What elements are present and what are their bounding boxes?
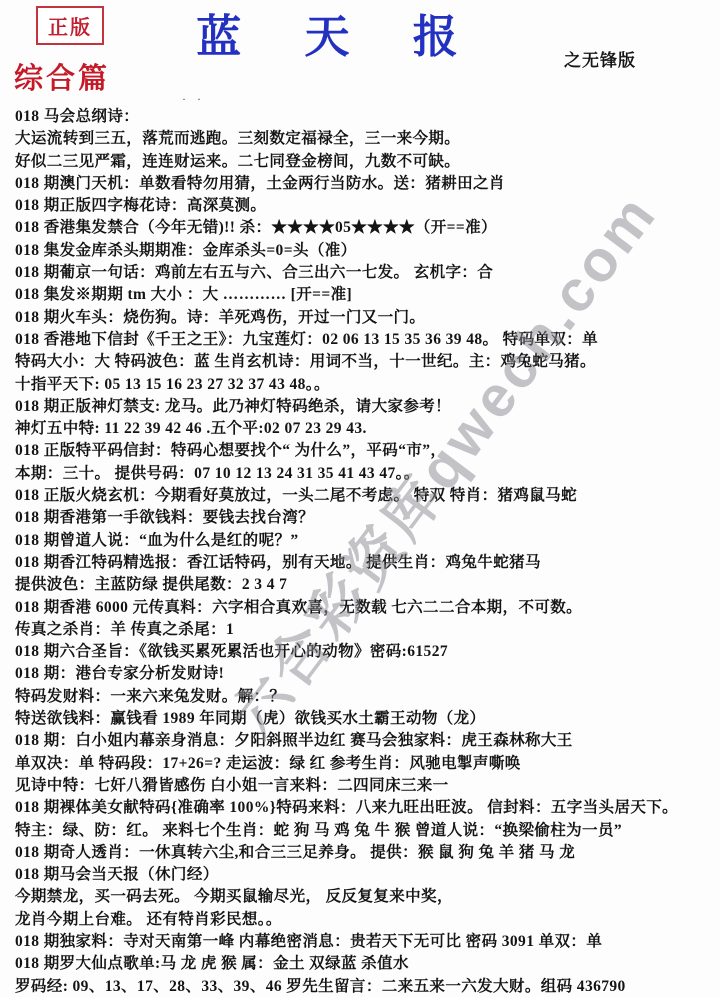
text-line-26: 018 期：港台专家分析发财诗! [15, 663, 715, 685]
text-line-12: 特码大小：大 特码波色：蓝 生肖玄机诗：用词不当，十一世纪。主：鸡兔蛇马猪。 [15, 351, 715, 373]
section-heading: 综合篇 [14, 56, 110, 97]
text-line-17: 本期：三十。 提供号码：07 10 12 13 24 31 35 41 43 4… [15, 463, 715, 485]
text-line-18: 018 正版火烧玄机：今期看好莫放过，一头二尾不考虑。 特双 特肖：猪鸡鼠马蛇 [15, 485, 715, 507]
text-line-25: 018 期六合圣旨：《欲钱买累死累活也开心的动物》密码:61527 [15, 641, 715, 663]
text-line-34: 018 期奇人透肖：一休真转六尘,和合三三足养身。 提供：猴 鼠 狗 兔 羊 猪… [15, 842, 715, 864]
text-line-33: 特主：绿、防：红。 来料七个生肖：蛇 狗 马 鸡 兔 牛 猴 曾道人说：“换梁偷… [15, 820, 715, 842]
text-line-13: 十指平天下: 05 13 15 16 23 27 32 37 43 48。。 [15, 374, 715, 396]
text-line-16: 018 正版特平码信封：特码心想要找个“ 为什么”，平码“市”， [15, 440, 715, 462]
text-line-36: 今期禁龙，买一码去死。 今期买鼠输尽光， 反反复复来中奖， [15, 886, 715, 908]
text-line-40: 罗码经: 09、13、17、28、33、39、46 罗先生留言：二来五来一六发大… [15, 976, 715, 997]
text-line-4: 018 期澳门天机：单数看特勿用猜，土金两行当防水。送：猪耕田之肖 [15, 173, 715, 195]
text-line-28: 特送欲钱料：赢钱看 1989 年同期（虎）欲钱买水土霸王动物（龙） [15, 708, 715, 730]
text-line-35: 018 期马会当天报（休门经） [15, 864, 715, 886]
text-line-3: 好似二三见严霜，连连财运来。二七同登金榜间，九数不可缺。 [15, 151, 715, 173]
text-line-31: 见诗中特：七奸八猾皆感伤 白小姐一言来料：二四同床三来一 [15, 775, 715, 797]
text-line-1: 018 马会总纲诗： [15, 106, 715, 128]
edition-label: 之无锋版 [564, 46, 636, 71]
text-line-29: 018 期：白小姐内幕亲身消息：夕阳斜照半边红 赛马会独家料：虎王森林称大王 [15, 730, 715, 752]
text-line-27: 特码发财料：一来六来兔发财。解：？ [15, 686, 715, 708]
text-line-2: 大运流转到三五，落荒而逃跑。三刻数定福禄全，三一来今期。 [15, 128, 715, 150]
stray-dots: · · [182, 92, 205, 107]
text-line-10: 018 期火车头：烧伤狗。诗：羊死鸡伤，开过一门又一门。 [15, 307, 715, 329]
text-line-7: 018 集发金库杀头期期准：金库杀头=0=头（准） [15, 240, 715, 262]
text-line-30: 单双决：单 特码段：17+26=? 走运波：绿 红 参考生肖：风驰电掣声嘶唤 [15, 753, 715, 775]
text-line-6: 018 香港集发禁合（今年无错)!! 杀：★★★★05★★★★（开==准） [15, 217, 715, 239]
text-line-38: 018 期独家料：寺对天南第一峰 内幕绝密消息：贵若天下无可比 密码 3091 … [15, 931, 715, 953]
text-line-24: 传真之杀肖：羊 传真之杀尾：1 [15, 619, 715, 641]
text-line-15: 神灯五中特: 11 22 39 42 46 .五个平:02 07 23 29 4… [15, 418, 715, 440]
text-line-9: 018 集发※期期 tm 大小 ：大 ………… [开==准] [15, 284, 715, 306]
text-line-39: 018 期罗大仙点歌单:马 龙 虎 猴 属：金土 双绿蓝 杀值水 [15, 953, 715, 975]
body-text: 018 马会总纲诗：大运流转到三五，落荒而逃跑。三刻数定福禄全，三一来今期。好似… [15, 106, 715, 997]
text-line-32: 018 期裸体美女献特码{准确率 100%}特码来料：八来九旺出旺波。 信封料：… [15, 797, 715, 819]
text-line-21: 018 期香江特码精选报：香江话特码，别有天地。 提供生肖：鸡兔牛蛇猪马 [15, 552, 715, 574]
text-line-23: 018 期香港 6000 元传真料：六字相合真欢喜，无数载 七六二二合本期，不可… [15, 597, 715, 619]
text-line-11: 018 香港地下信封《千王之王》：九宝莲灯：02 06 13 15 35 36 … [15, 329, 715, 351]
text-line-37: 龙肖今期上台难。 还有特肖彩民想。。 [15, 909, 715, 931]
text-line-19: 018 期香港第一手欲钱料：要钱去找台湾？ [15, 507, 715, 529]
text-line-22: 提供波色：主蓝防绿 提供尾数：2 3 4 7 [15, 574, 715, 596]
text-line-14: 018 期正版神灯禁支: 龙马。此乃神灯特码绝杀，请大家参考！ [15, 396, 715, 418]
newspaper-page: 正版 蓝 天 报 之无锋版 综合篇 · · 018 马会总纲诗：大运流转到三五，… [0, 0, 720, 997]
text-line-5: 018 期正版四字梅花诗：高深莫测。 [15, 195, 715, 217]
text-line-8: 018 期葡京一句话：鸡前左右五与六、合三出六一七发。 玄机字：合 [15, 262, 715, 284]
text-line-20: 018 期曾道人说：“血为什么是红的呢？” [15, 530, 715, 552]
